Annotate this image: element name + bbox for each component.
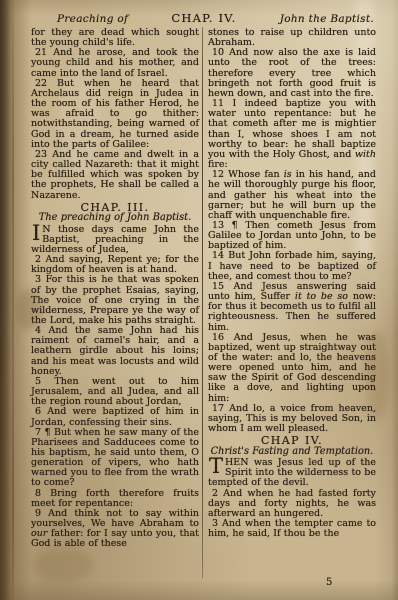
verse: 3 And when the tempter came to him, he s… xyxy=(208,519,376,539)
italic-term: our xyxy=(31,528,47,539)
running-head-left: Preaching of xyxy=(57,13,128,25)
paper-stain xyxy=(34,548,94,582)
verse: 15 And Jesus answering said unto him, Su… xyxy=(208,282,376,333)
italic-term: it to be so xyxy=(295,291,348,302)
verse-dropcap: THEN was Jesus led up of the Spirit into… xyxy=(208,458,376,488)
verse: 10 And now also the axe is laid unto the… xyxy=(208,48,376,99)
verse-continuation: stones to raise up children unto Abraham… xyxy=(208,28,376,48)
italic-term: is xyxy=(284,169,292,180)
right-column: stones to raise up children unto Abraham… xyxy=(208,28,376,550)
scanned-bible-page: Preaching of CHAP. IV. John the Baptist.… xyxy=(0,0,398,600)
verse: 17 And lo, a voice from heaven, saying, … xyxy=(208,404,376,434)
verse: 8 Bring forth therefore fruits meet for … xyxy=(31,489,199,509)
verse: 2 And saying, Repent ye; for the kingdom… xyxy=(31,255,199,275)
verse-dropcap: IN those days came John the Baptist, pre… xyxy=(31,225,199,255)
chapter-subject: The preaching of John Baptist. xyxy=(31,213,199,223)
page-content: Preaching of CHAP. IV. John the Baptist.… xyxy=(31,11,376,550)
verse: 21 And he arose, and took the young chil… xyxy=(31,48,199,78)
page-crease xyxy=(12,0,14,600)
verse-continuation: for they are dead which sought the young… xyxy=(31,28,199,48)
verse: 5 Then went out to him Jerusalem, and al… xyxy=(31,377,199,407)
text-columns: for they are dead which sought the young… xyxy=(31,28,376,550)
verse: 22 But when he heard that Archelaus did … xyxy=(31,79,199,150)
italic-term: with xyxy=(355,149,376,160)
verse: 23 And he came and dwelt in a city calle… xyxy=(31,150,199,201)
verse: 7 ¶ But when he saw many of the Pharisee… xyxy=(31,428,199,489)
running-head: Preaching of CHAP. IV. John the Baptist. xyxy=(31,11,376,25)
running-head-chapter: CHAP. IV. xyxy=(171,11,236,25)
verse: 11 I indeed baptize you with water unto … xyxy=(208,99,376,170)
verse: 16 And Jesus, when he was baptized, went… xyxy=(208,333,376,404)
verse: 12 Whose fan is in his hand, and he will… xyxy=(208,170,376,221)
verse: 3 For this is he that was spoken of by t… xyxy=(31,275,199,326)
page-number: 5 xyxy=(326,577,333,588)
verse: 4 And the same John had his raiment of c… xyxy=(31,326,199,377)
left-column: for they are dead which sought the young… xyxy=(31,28,199,550)
verse: 14 But John forbade him, saying, I have … xyxy=(208,251,376,281)
drop-cap: I xyxy=(32,225,40,243)
verse: 6 And were baptized of him in Jordan, co… xyxy=(31,407,199,427)
verse: 9 And think not to say within yourselves… xyxy=(31,509,199,550)
verse: 13 ¶ Then cometh Jesus from Galilee to J… xyxy=(208,221,376,251)
drop-cap: T xyxy=(209,458,223,476)
verse: 2 And when he had fasted forty days and … xyxy=(208,489,376,519)
running-head-right: John the Baptist. xyxy=(280,13,374,25)
chapter-subject: Christ's Fasting and Temptation. xyxy=(208,447,376,457)
